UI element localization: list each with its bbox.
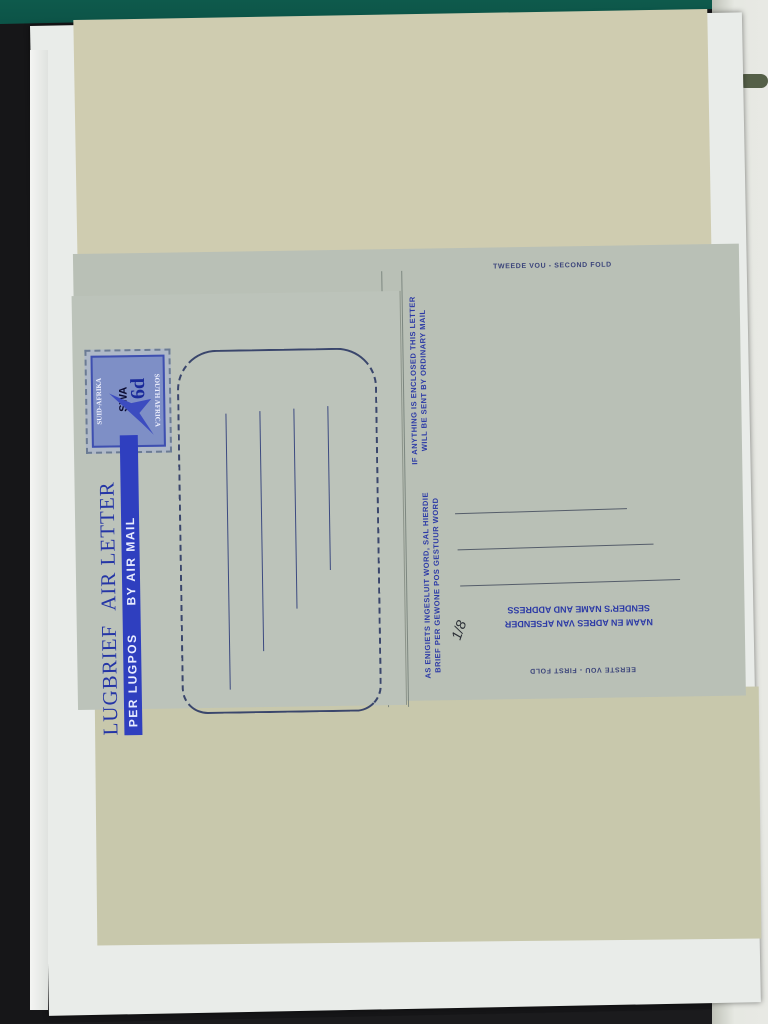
warning-line-2: WILL BE SENT BY ORDINARY MAIL (418, 296, 431, 465)
title-afrikaans: LUGBRIEF (97, 625, 123, 736)
address-panel: SUID-AFRIKA SOUTH AFRICA 6d SWA LUGBRIEF… (72, 291, 407, 710)
bird-icon (101, 363, 162, 444)
sender-line-3 (460, 579, 680, 587)
sender-caption-afrikaans: NAAM EN ADRES VAN AFSENDER (505, 615, 653, 631)
enclosure-warning-afrikaans: AS ENIGIETS INGESLUIT WORD, SAL HIERDIE … (421, 492, 444, 679)
banner-afrikaans: PER LUGPOS (125, 633, 140, 727)
banner-english: BY AIR MAIL (123, 516, 138, 605)
sleeve-edge-glare (30, 50, 48, 1010)
title-english: AIR LETTER (94, 481, 120, 611)
title-lugbrief-air-letter: LUGBRIEFAIR LETTER (94, 455, 123, 735)
decorative-cloud-frame (176, 347, 382, 714)
enclosure-warning-english: IF ANYTHING IS ENCLOSED THIS LETTER WILL… (408, 296, 431, 465)
air-letter: SUID-AFRIKA SOUTH AFRICA 6d SWA LUGBRIEF… (73, 244, 746, 706)
sender-line-2 (458, 544, 654, 551)
sender-caption: NAAM EN ADRES VAN AFSENDER SENDER'S NAME… (504, 601, 653, 631)
stamp-design: SUID-AFRIKA SOUTH AFRICA 6d SWA (91, 355, 166, 448)
sender-caption-english: SENDER'S NAME AND ADDRESS (504, 601, 652, 617)
first-fold-label: EERSTE VOU - FIRST FOLD (529, 665, 635, 674)
mount-paper-bottom (95, 687, 762, 946)
sender-line-1 (455, 508, 627, 514)
second-fold-label: TWEEDE VOU - SECOND FOLD (493, 262, 612, 271)
warning-line-4: BRIEF PER GEWONE POS GESTUUR WORD (431, 492, 444, 679)
air-mail-banner: PER LUGPOSBY AIR MAIL (120, 435, 143, 735)
pencil-note: 1/8 (448, 618, 469, 642)
